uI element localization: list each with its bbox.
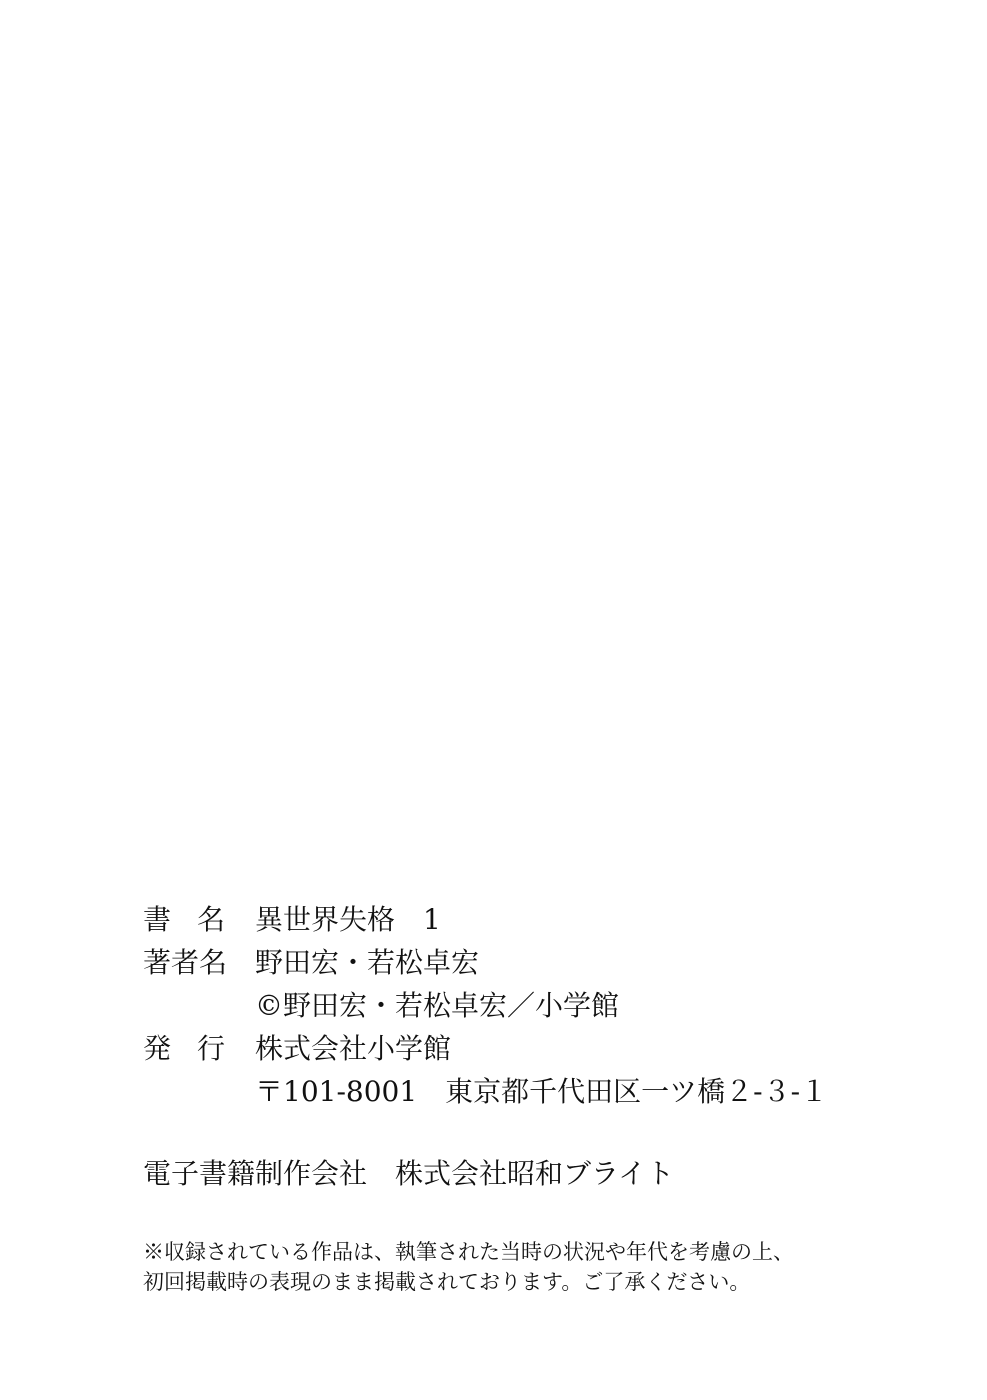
address-line: 〒101‐8001 東京都千代田区一ツ橋２‐３‐１ xyxy=(255,1075,828,1109)
authors-row: 著者名野田宏・若松卓宏 xyxy=(143,946,479,980)
ebook-producer-line: 電子書籍制作会社 株式会社昭和ブライト xyxy=(143,1157,674,1191)
publisher-row: 発行株式会社小学館 xyxy=(143,1032,451,1066)
colophon: 書名異世界失格 1 著者名野田宏・若松卓宏 ©野田宏・若松卓宏／小学館 発行株式… xyxy=(0,0,987,1400)
publisher-value: 株式会社小学館 xyxy=(255,1032,451,1066)
title-row: 書名異世界失格 1 xyxy=(143,903,441,937)
authors-value: 野田宏・若松卓宏 xyxy=(255,946,479,980)
publisher-label: 発行 xyxy=(143,1032,255,1066)
authors-label: 著者名 xyxy=(143,946,255,980)
title-label: 書名 xyxy=(143,903,255,937)
note-line-1: ※収録されている作品は、執筆された当時の状況や年代を考慮の上、 xyxy=(143,1237,794,1267)
title-value: 異世界失格 1 xyxy=(255,903,441,937)
copyright-line: ©野田宏・若松卓宏／小学館 xyxy=(255,989,619,1023)
note-line-2: 初回掲載時の表現のまま掲載されております。ご了承ください。 xyxy=(143,1267,750,1297)
